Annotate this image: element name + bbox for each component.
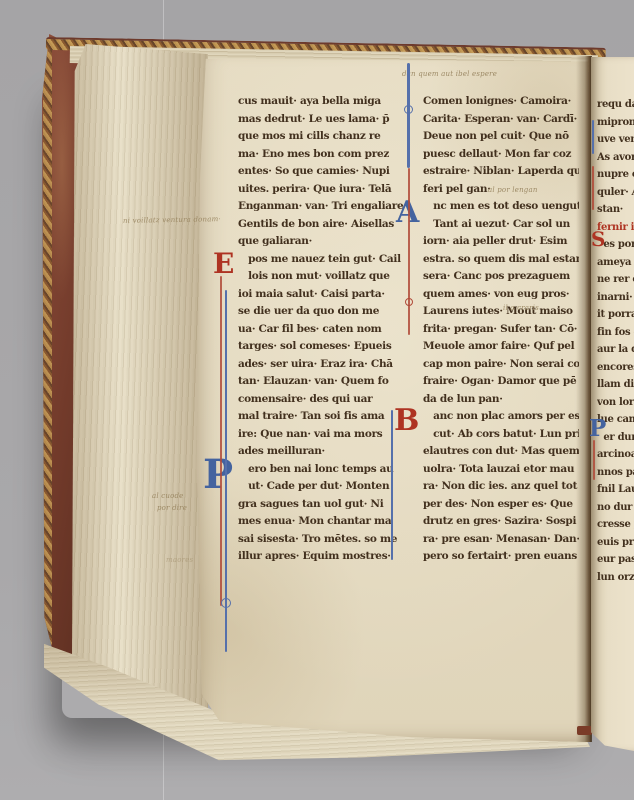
manuscript-line: tan· Elauzan· van· Quem fo [238, 373, 410, 391]
manuscript-line: ioi maia salut· Caisi parta· [238, 286, 410, 304]
manuscript-line: cus mauit· aya bella miga [238, 93, 410, 111]
manuscript-line-fragment: fin fos essi [597, 324, 634, 342]
initial-flourish-red-left [220, 276, 222, 606]
flourish-knot-blue [404, 105, 413, 114]
manuscript-line: Comen lonignes· Camoira· [423, 93, 579, 111]
manuscript-line: ire: Que nan· vai ma mors [238, 426, 410, 444]
manuscript-line-fragment: von lorrano· [597, 394, 634, 412]
manuscript-line: puesc dellaut· Mon far coz [423, 146, 579, 164]
manuscript-line: ades· ser uira· Eraz ira· Chā [238, 356, 410, 374]
manuscript-line: ra· Non dic ies. anz quel tot [423, 478, 579, 496]
manuscript-line-fragment: stan· [597, 201, 634, 219]
manuscript-line: illur apres· Equim mostres· [238, 548, 410, 566]
manuscript-line: Meuole amor faire· Quf pel [423, 338, 579, 356]
manuscript-line-fragment: mipron al [597, 114, 634, 132]
facing-decorated-initial-S: S [591, 229, 605, 249]
decorated-initial-B: B [394, 406, 419, 436]
manuscript-line: per des· Non esper es· Que [423, 496, 579, 514]
flourish-knot-red [405, 298, 413, 306]
manuscript-line-fragment: nnos parat [597, 464, 634, 482]
manuscript-line: que mos mi cills chanz re [238, 128, 410, 146]
manuscript-line: iorn· aia peller drut· Esim [423, 233, 579, 251]
manuscript-line-fragment: As avorent n [597, 149, 634, 167]
paraph-flourish-red [408, 168, 410, 335]
manuscript-line: drutz en gres· Sazira· Sospi [423, 513, 579, 531]
manuscript-line: entes· So que camies· Nupi [238, 163, 410, 181]
manuscript-line: anc non plac amors per es [423, 408, 579, 426]
manuscript-line: mas dedrut· Le ues lama· p̄ [238, 111, 410, 129]
margin-note-4: maores [166, 556, 193, 564]
manuscript-line: ut· Cade per dut· Monten [238, 478, 410, 496]
paraph-flourish-blue [407, 63, 410, 168]
manuscript-line: nc men es tot deso uengut· [423, 198, 579, 216]
decorated-initial-P: P [203, 455, 233, 495]
gold-tooling-left [43, 38, 52, 647]
manuscript-line-fragment: uve ven· [597, 131, 634, 149]
manuscript-line: ma· Eno mes bon com prez [238, 146, 410, 164]
manuscript-line-fragment: fnil Laurr cr [597, 481, 634, 499]
facing-page-text: requ darmipron aluve ven·As avorent nnup… [597, 96, 634, 586]
manuscript-line: pero so fertairt· pren euans [423, 548, 579, 566]
manuscript-line-fragment: requ dar [597, 96, 634, 114]
tailband [577, 726, 592, 735]
manuscript-line-fragment: ne rer ceon co [597, 271, 634, 289]
manuscript-line: que galiaran· [238, 233, 410, 251]
manuscript-line: uolra· Tota lauzai etor mau [423, 461, 579, 479]
recto-flourish-red-1 [592, 166, 594, 210]
interlinear-note-2: il a craris [503, 304, 539, 312]
manuscript-line: comensaire· des qui uar [238, 391, 410, 409]
manuscript-line-fragment: no dur la m [597, 499, 634, 517]
manuscript-line: ero ben nai lonc temps au [238, 461, 410, 479]
recto-flourish-red-2 [593, 440, 595, 480]
manuscript-line-fragment: quler· Ama re [597, 184, 634, 202]
manuscript-line: se die uer da quo don me [238, 303, 410, 321]
manuscript-line-fragment: llam di puir le [597, 376, 634, 394]
manuscript-line: elautres con dut· Mas quem [423, 443, 579, 461]
manuscript-line: Carita· Esperan· van· Cardī· [423, 111, 579, 129]
manuscript-line-fragment: encores man [597, 359, 634, 377]
manuscript-line: fraire· Ogan· Damor que pē [423, 373, 579, 391]
manuscript-line: Tant ai uezut· Car sol un [423, 216, 579, 234]
manuscript-line: gra sagues tan uol gut· Ni [238, 496, 410, 514]
manuscript-line: mal traire· Tan soi fis ama [238, 408, 410, 426]
manuscript-line-fragment: aur la quem [597, 341, 634, 359]
manuscript-line: sai sisesta· Tro mētes. so me [238, 531, 410, 549]
manuscript-line: frita· pregan· Sufer tan· Cō· [423, 321, 579, 339]
manuscript-line: quem ames· von eug pros· [423, 286, 579, 304]
manuscript-line-fragment: eur pas apo [597, 551, 634, 569]
manuscript-line: mes enua· Mon chantar ma [238, 513, 410, 531]
manuscript-line: Deue non pel cuit· Que nō [423, 128, 579, 146]
manuscript-line: Enganman· van· Tri engaliare [238, 198, 410, 216]
margin-note-3: por dire [157, 504, 187, 512]
manuscript-line: ades meilluran· [238, 443, 410, 461]
header-gloss: dan quem aut ibel espere [402, 70, 497, 78]
manuscript-line: lois non mut· voillatz que [238, 268, 410, 286]
decorated-initial-E: E [213, 250, 234, 278]
manuscript-line-fragment: cresse pin· q [597, 516, 634, 534]
margin-note-2: al cuode [152, 492, 184, 500]
interlinear-note-1: al por lengan [488, 186, 538, 194]
text-column-left: cus mauit· aya bella migamas dedrut· Le … [238, 93, 410, 566]
manuscript-line: estraire· Niblan· Laperda que [423, 163, 579, 181]
manuscript-line-fragment: lun orzel· [597, 569, 634, 587]
manuscript-line: Laurens iutes· Mout maiso [423, 303, 579, 321]
manuscript-line-fragment: arcinoa· no [597, 446, 634, 464]
manuscript-line-fragment: inarni· Com le [597, 289, 634, 307]
manuscript-line: da de lun pan· [423, 391, 579, 409]
initial-flourish-blue-colb [391, 410, 393, 560]
page-edge-stack-left [72, 44, 208, 718]
manuscript-line-fragment: it porra l cra [597, 306, 634, 324]
manuscript-line: estra. so quem dis mal estan [423, 251, 579, 269]
manuscript-line: ra· pre esan· Menasan· Dan· [423, 531, 579, 549]
flourish-knot-blue-lower [221, 598, 231, 608]
facing-decorated-initial-P: P [589, 417, 606, 440]
manuscript-line: targes· sol comeses· Epueis [238, 338, 410, 356]
manuscript-line: ua· Car fil bes· caten nom [238, 321, 410, 339]
manuscript-line-fragment: nupre carro [597, 166, 634, 184]
manuscript-line-fragment: ameya lama [597, 254, 634, 272]
manuscript-line: sera· Canc pos prezaguem [423, 268, 579, 286]
manuscript-line: Gentils de bon aire· Aisellas [238, 216, 410, 234]
margin-note-1: ni voillatz ventura donam· [123, 215, 221, 225]
manuscript-line: uites. perira· Que iura· Telā [238, 181, 410, 199]
manuscript-line: cap mon paire· Non serai con [423, 356, 579, 374]
manuscript-line: pos me nauez tein gut· Cail [238, 251, 410, 269]
manuscript-line-fragment: euis prim· q [597, 534, 634, 552]
manuscript-line: cut· Ab cors batut· Lun priur [423, 426, 579, 444]
recto-flourish-blue [592, 120, 594, 154]
photo-backdrop: dan quem aut ibel espere cus mauit· aya … [0, 0, 634, 800]
text-column-right: Comen lonignes· Camoira·Carita· Esperan·… [423, 93, 579, 566]
